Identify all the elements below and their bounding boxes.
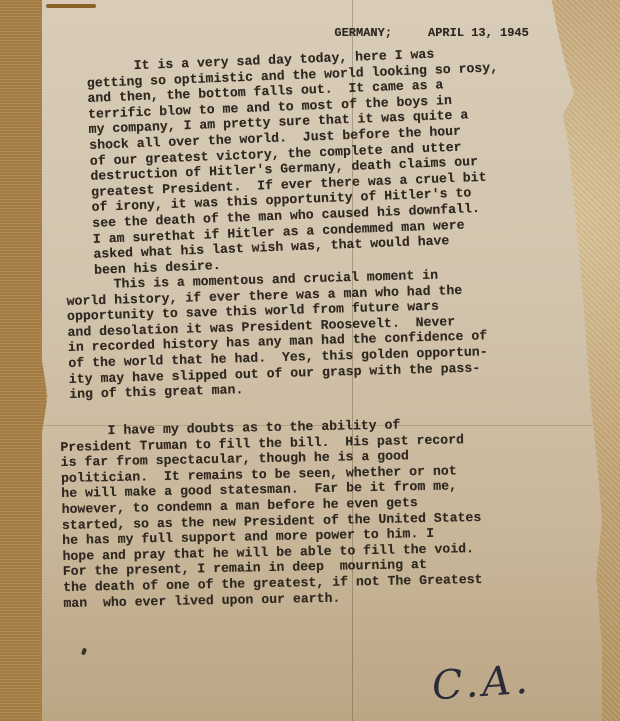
paragraph-1: It is a very sad day today, here I wasge…	[86, 44, 506, 278]
signature: C.A.	[431, 657, 533, 710]
fabric-edge-left	[0, 0, 46, 721]
paragraph-3: I have my doubts as to the ability ofPre…	[60, 416, 483, 611]
tape-edge	[46, 4, 96, 8]
heading-date: APRIL 13, 1945	[428, 26, 529, 40]
heading-place: GERMANY;	[334, 26, 392, 40]
letter-heading: GERMANY;APRIL 13, 1945	[320, 10, 529, 41]
paragraph-2: This is a momentous and crucial moment i…	[66, 266, 489, 402]
